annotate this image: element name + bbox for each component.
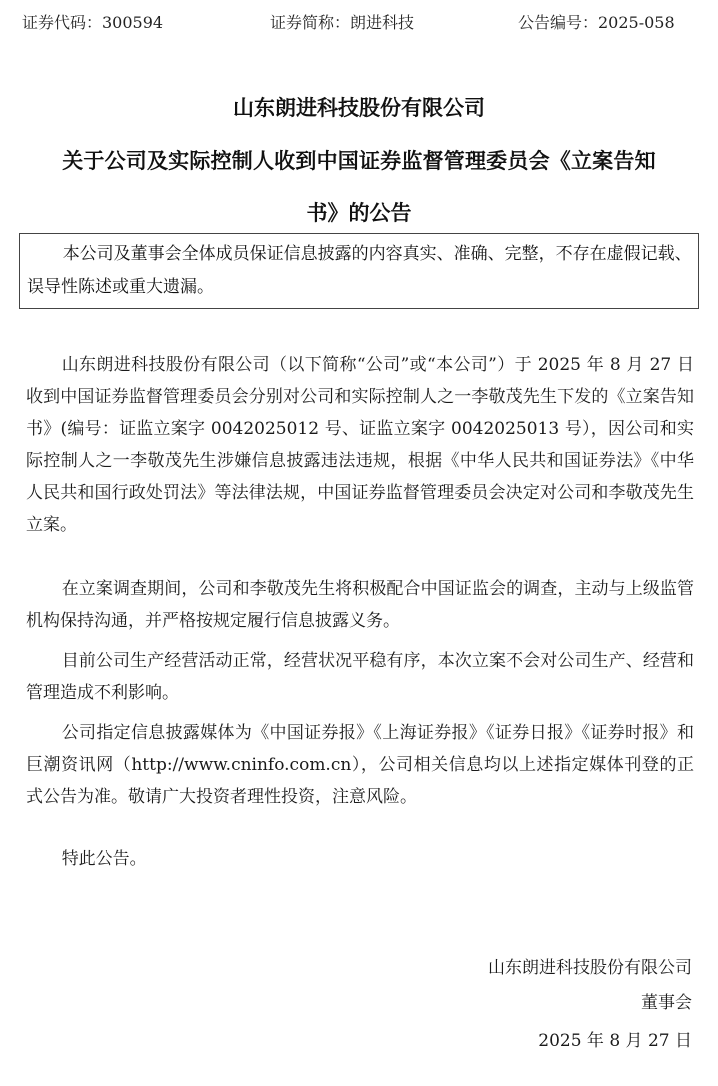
announcement-title-line1: 关于公司及实际控制人收到中国证券监督管理委员会《立案告知 <box>0 145 718 175</box>
document-header: 证券代码：300594 证券简称：朗进科技 公告编号：2025-058 <box>0 8 718 38</box>
signature-company: 山东朗进科技股份有限公司 <box>488 953 692 983</box>
stock-code: 证券代码：300594 <box>22 8 163 38</box>
body-paragraph-3: 目前公司生产经营活动正常，经营状况平稳有序，本次立案不会对公司生产、经营和管理造… <box>26 645 694 709</box>
body-paragraph-closing: 特此公告。 <box>26 843 694 875</box>
body-paragraph-4: 公司指定信息披露媒体为《中国证券报》《上海证券报》《证券日报》《证券时报》和巨潮… <box>26 717 694 813</box>
company-title: 山东朗进科技股份有限公司 <box>0 92 718 122</box>
signature-date: 2025 年 8 月 27 日 <box>538 1026 692 1056</box>
signature-board: 董事会 <box>641 988 692 1018</box>
body-paragraph-1: 山东朗进科技股份有限公司（以下简称“公司”或“本公司”）于 2025 年 8 月… <box>26 349 694 541</box>
body-paragraph-2: 在立案调查期间，公司和李敬茂先生将积极配合中国证监会的调查，主动与上级监管机构保… <box>26 573 694 637</box>
announcement-number: 公告编号：2025-058 <box>518 8 675 38</box>
announcement-title-line2: 书》的公告 <box>0 197 718 227</box>
stock-name: 证券简称：朗进科技 <box>270 8 414 38</box>
disclosure-notice-text: 本公司及董事会全体成员保证信息披露的内容真实、准确、完整，不存在虚假记载、误导性… <box>27 238 695 304</box>
disclosure-notice-box: 本公司及董事会全体成员保证信息披露的内容真实、准确、完整，不存在虚假记载、误导性… <box>19 233 699 309</box>
